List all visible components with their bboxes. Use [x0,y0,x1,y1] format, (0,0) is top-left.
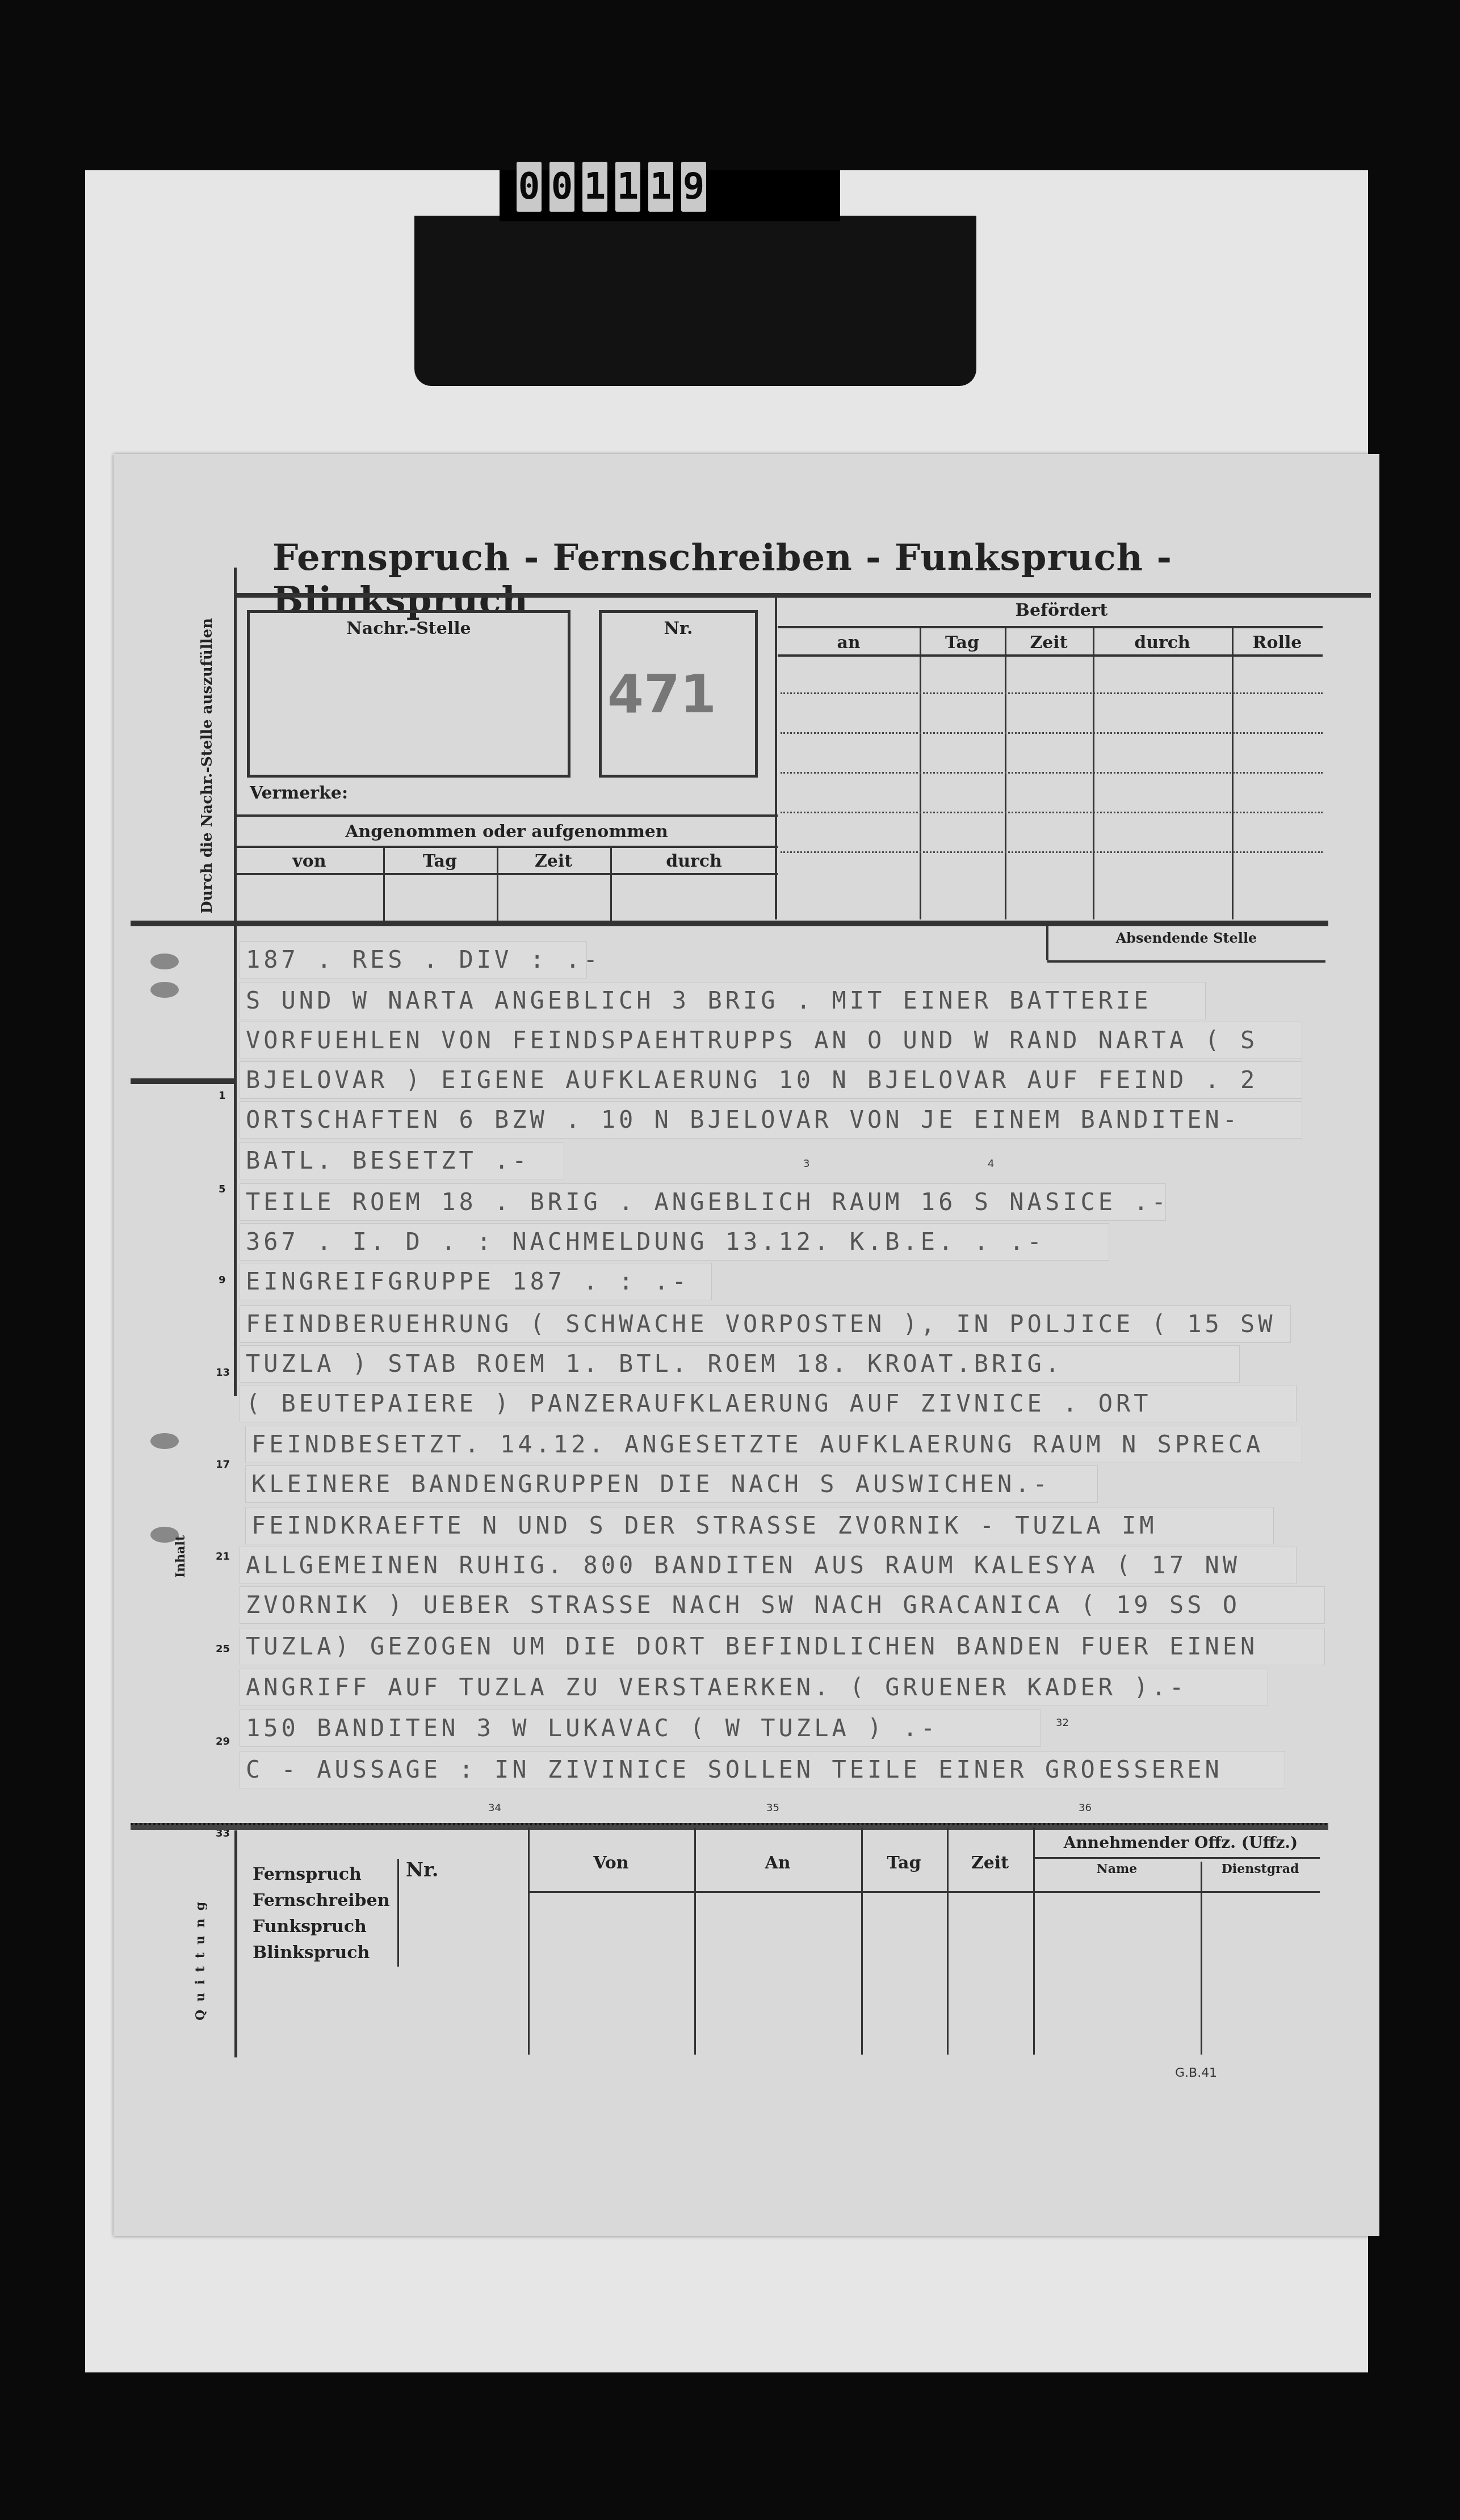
margin-inhalt-label: Inhalt [173,1510,188,1578]
quittung-header-rule [528,1891,1320,1893]
message-form: Fernspruch - Fernschreiben - Funkspruch … [114,454,1379,2236]
punch-hole [150,1433,179,1449]
befoerdert-col-an: an [778,633,920,653]
counter-device [414,216,976,386]
angenommen-col-zeit: Zeit [497,851,610,871]
message-line: BATL. BESETZT .- [240,1142,564,1179]
message-line: KLEINERE BANDENGRUPPEN DIE NACH S AUSWIC… [245,1465,1098,1503]
quittung-col-zeit: Zeit [947,1853,1033,1873]
message-line: ( BEUTEPAIERE ) PANZERAUFKLAERUNG AUF ZI… [240,1385,1297,1422]
message-line: C - AUSSAGE : IN ZIVINICE SOLLEN TEILE E… [240,1751,1285,1788]
message-line: ANGRIFF AUF TUZLA ZU VERSTAERKEN. ( GRUE… [240,1669,1268,1706]
bracket [397,1859,399,1967]
annehmender-col-dienstgrad: Dienstgrad [1201,1862,1320,1876]
ruler-number: 35 [766,1802,779,1814]
quittung-col-von: Von [528,1853,694,1873]
counter-digit: 0 [517,162,542,212]
angenommen-top-rule [236,814,778,817]
quittung-type: Funkspruch [253,1914,390,1940]
message-line: 150 BANDITEN 3 W LUKAVAC ( W TUZLA ) .- [240,1710,1041,1747]
message-line: TEILE ROEM 18 . BRIG . ANGEBLICH RAUM 16… [240,1183,1166,1221]
counter-digit: 1 [648,162,673,212]
befoerdert-left-rule [775,596,777,919]
nr-handwritten-value: 471 [607,664,716,725]
angenommen-header-rule [236,873,778,875]
message-line: ALLGEMEINEN RUHIG. 800 BANDITEN AUS RAUM… [240,1547,1297,1584]
message-line: VORFUEHLEN VON FEINDSPAEHTRUPPS AN O UND… [240,1022,1302,1059]
ruler-number: 34 [488,1802,501,1814]
ruler-number: 36 [1079,1802,1092,1814]
message-line: BJELOVAR ) EIGENE AUFKLAERUNG 10 N BJELO… [240,1061,1302,1099]
message-line: FEINDKRAEFTE N UND S DER STRASSE ZVORNIK… [245,1507,1274,1544]
quittung-col-tag: Tag [861,1853,947,1873]
counter-digit: 1 [615,162,640,212]
message-line: TUZLA ) STAB ROEM 1. BTL. ROEM 18. KROAT… [240,1345,1240,1383]
befoerdert-col-tag: Tag [920,633,1005,653]
counter-digit: 9 [681,162,706,212]
quittung-left-rule [234,1830,237,2057]
line-number: 9 [219,1274,226,1286]
angenommen-mid-rule [236,846,778,848]
quittung-nr-label: Nr. [406,1859,439,1881]
quittung-label: Quittung [193,1890,208,2021]
quittung-type: Fernschreiben [253,1888,390,1914]
befoerdert-col-rolle: Rolle [1232,633,1323,653]
angenommen-col-tag: Tag [383,851,497,871]
befoerdert-col-durch: durch [1093,633,1232,653]
message-line: ORTSCHAFTEN 6 BZW . 10 N BJELOVAR VON JE… [240,1101,1302,1139]
absendende-divider [1046,925,1048,960]
perforation-line [131,1823,1328,1830]
absendende-rule [1047,960,1325,963]
message-line: ZVORNIK ) UEBER STRASSE NACH SW NACH GRA… [240,1586,1325,1624]
befoerdert-col-zeit: Zeit [1005,633,1093,653]
left-margin-rule [234,568,237,1396]
col-divider [383,847,385,921]
ruler-number: 4 [988,1158,994,1170]
dotted-rule [781,812,1323,813]
message-line: 367 . I. D . : NACHMELDUNG 13.12. K.B.E.… [240,1223,1109,1261]
col-divider [497,847,498,921]
absendende-stelle-label: Absendende Stelle [1050,930,1323,946]
dotted-rule [781,851,1323,853]
title-rule [236,593,1371,598]
line-number: 5 [219,1183,226,1195]
counter-digit: 0 [549,162,574,212]
ruler-number: 32 [1056,1717,1069,1729]
message-line: TUZLA) GEZOGEN UM DIE DORT BEFINDLICHEN … [240,1628,1325,1665]
dotted-rule [781,732,1323,734]
header-divider [131,921,1328,926]
side-note: Durch die Nachr.-Stelle auszufüllen [199,596,216,914]
nachr-stelle-label: Nachr.-Stelle [247,619,570,639]
message-line: EINGREIFGRUPPE 187 . : .- [240,1263,712,1300]
vermerke-label: Vermerke: [250,783,348,803]
line-number: 17 [216,1459,230,1471]
line-number: 29 [216,1736,230,1748]
dotted-rule [781,772,1323,774]
ruler-number: 3 [803,1158,809,1170]
quittung-types: Fernspruch Fernschreiben Funkspruch Blin… [253,1862,390,1966]
archive-counter: 0 0 1 1 1 9 [517,162,706,212]
angenommen-col-von: von [236,851,383,871]
line-number: 1 [219,1090,226,1102]
col-divider [610,847,612,921]
line-number: 13 [216,1367,230,1379]
punch-hole [150,954,179,969]
quittung-type: Fernspruch [253,1862,390,1888]
counter-digit: 1 [582,162,607,212]
dotted-rule [781,692,1323,694]
punch-hole [150,982,179,998]
annehmender-label: Annehmender Offz. (Uffz.) [1033,1833,1328,1852]
quittung-type: Blinkspruch [253,1940,390,1966]
margin-rule [131,1078,236,1084]
message-line: FEINDBERUEHRUNG ( SCHWACHE VORPOSTEN ), … [240,1305,1291,1343]
nr-label: Nr. [599,619,758,639]
befoerdert-header-rule [778,654,1323,657]
form-code: G.B.41 [1175,2066,1217,2080]
befoerdert-label: Befördert [778,600,1345,620]
line-number: 21 [216,1551,230,1563]
message-line: FEINDBESETZT. 14.12. ANGESETZTE AUFKLAER… [245,1426,1302,1463]
message-line: S UND W NARTA ANGEBLICH 3 BRIG . MIT EIN… [240,982,1206,1019]
col-divider [1201,1862,1202,2055]
message-line: 187 . RES . DIV : .- [240,941,587,978]
quittung-col-an: An [694,1853,861,1873]
line-number: 25 [216,1643,230,1655]
angenommen-label: Angenommen oder aufgenommen [236,822,778,842]
angenommen-col-durch: durch [610,851,778,871]
befoerdert-rule [778,626,1323,628]
annehmender-rule [1033,1857,1320,1859]
annehmender-col-name: Name [1033,1862,1201,1876]
